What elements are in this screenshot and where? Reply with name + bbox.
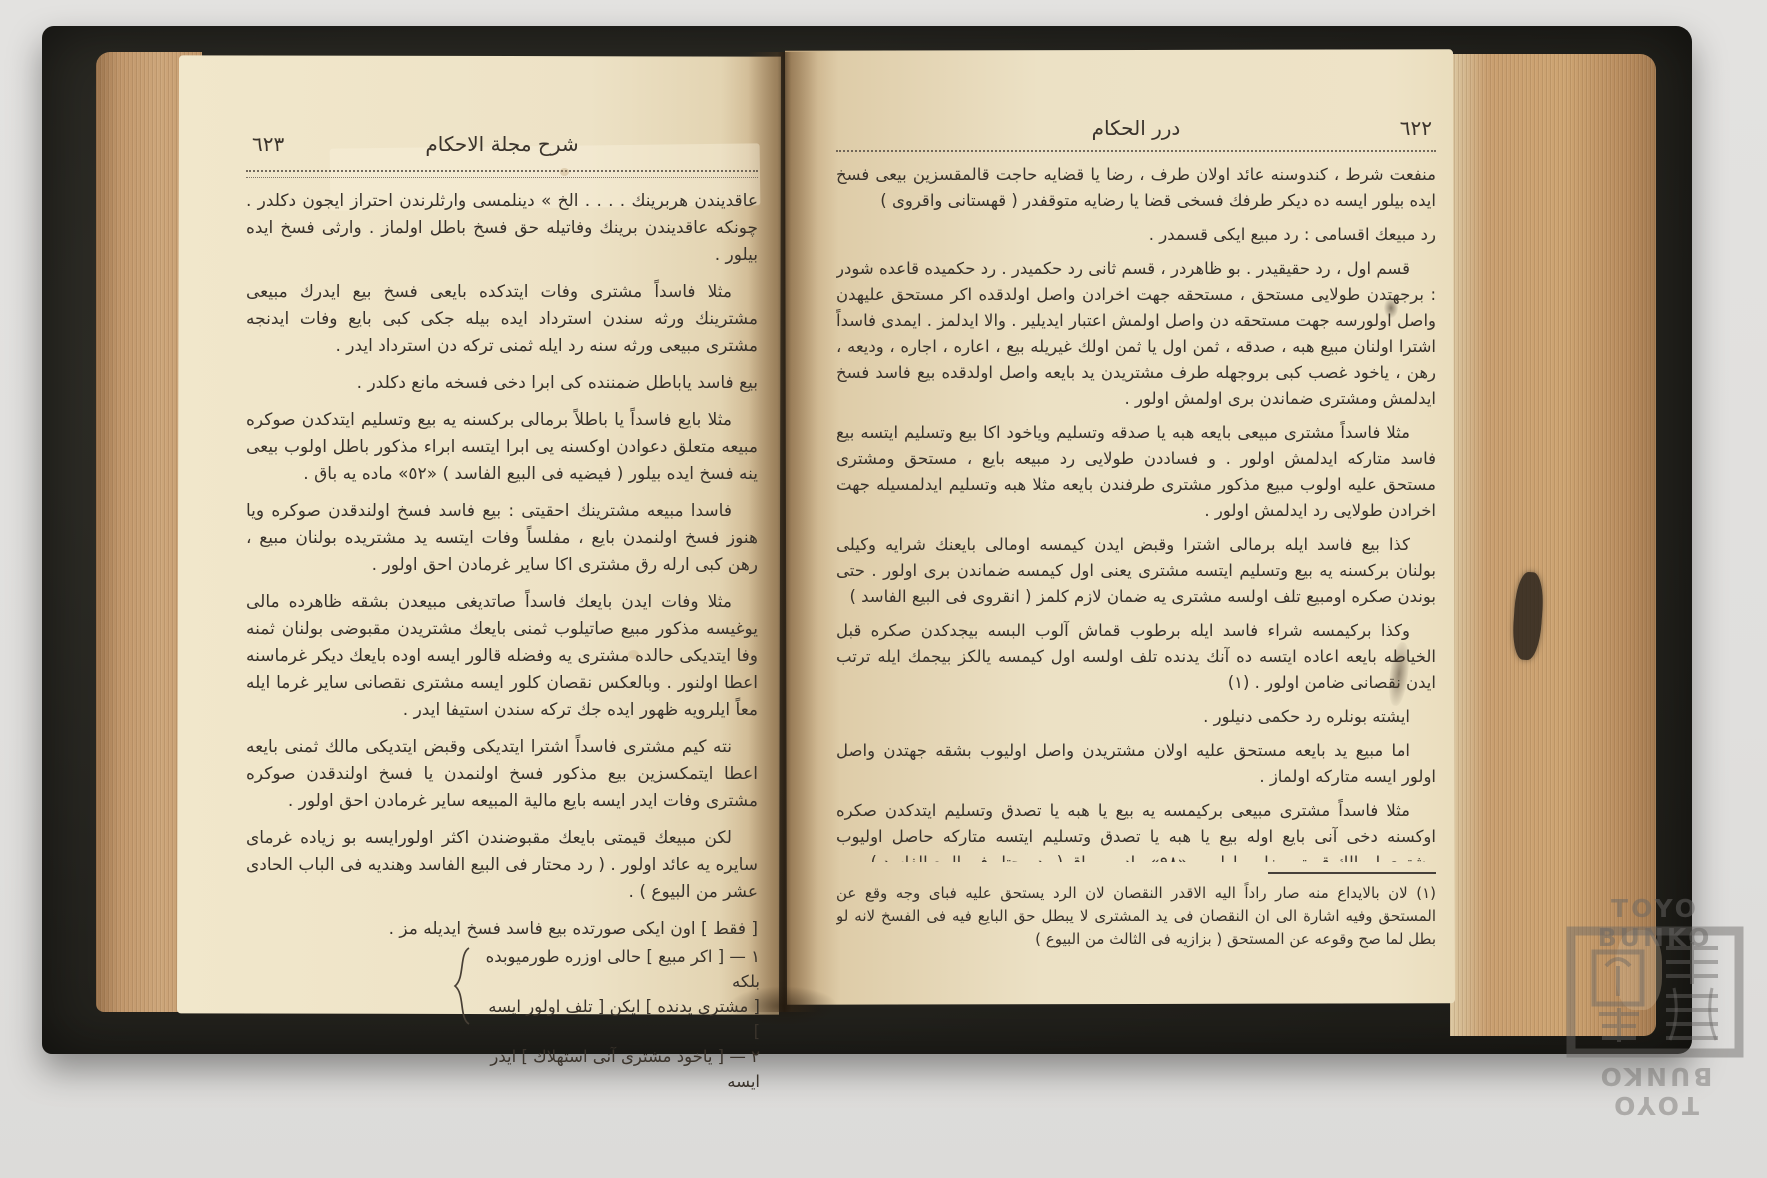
paragraph: [ مشترى يدنده ] ايكن [ تلف اولور ايسه ] [478, 994, 760, 1044]
left-page-text: عاقديندن هربرينك . . . . الخ » دينلمسى و… [246, 188, 758, 940]
paragraph: فاسدا مبيعه مشترينك احقيتى : بيع فاسد فس… [246, 498, 758, 579]
left-page-number: ٦٢٣ [252, 132, 284, 156]
right-fore-edge [1450, 54, 1656, 1036]
left-header-rule [246, 170, 758, 178]
left-page-title: شرح مجلة الاحكام [425, 132, 578, 156]
paragraph: مثلا فاسداً مشترى مبيعى بركيمسه يه بيع ي… [836, 798, 1436, 862]
paragraph: مثلا فاسداً مشترى مبيعى بايعه هبه يا صدق… [836, 420, 1436, 524]
list-brace-icon [452, 946, 472, 1033]
stain-spot [1384, 298, 1398, 318]
right-page-title: درر الحكام [1092, 116, 1181, 140]
footnote-rule [1268, 872, 1436, 874]
book-photo: ٦٢٣ شرح مجلة الاحكام عاقديندن هربرينك . … [0, 0, 1767, 1178]
paragraph: كذا بيع فاسد ايله برمالى اشترا وقبض ايدن… [836, 532, 1436, 610]
left-page-numbered-list: ١ — [ اكر مبيع ] حالى اوزره طورميوبده بل… [478, 944, 760, 1094]
paragraph: مثلا وفات ايدن بايعك فاسداً صاتديغى مبيع… [246, 589, 758, 724]
paragraph: وكذا بركيمسه شراء فاسد ايله برطوب قماش آ… [836, 618, 1436, 696]
paragraph: لكن مبيعك قيمتى بايعك مقبوضندن اكثر اولو… [246, 825, 758, 906]
left-page-header: ٦٢٣ شرح مجلة الاحكام [246, 132, 758, 162]
list-lines: ١ — [ اكر مبيع ] حالى اوزره طورميوبده بل… [478, 944, 760, 1094]
right-page-header: درر الحكام ٦٢٢ [836, 116, 1436, 146]
paragraph: ايشته بونلره رد حكمى دنيلور . [836, 704, 1436, 730]
paragraph: ١ — [ اكر مبيع ] حالى اوزره طورميوبده بل… [478, 944, 760, 994]
paragraph: منفعت شرط ، كندوسنه عائد اولان طرف ، رضا… [836, 162, 1436, 214]
paragraph: رد مبيعك اقسامى : رد مبيع ايكى قسمدر . [836, 222, 1436, 248]
right-page-text: منفعت شرط ، كندوسنه عائد اولان طرف ، رضا… [836, 162, 1436, 862]
paragraph: اما مبيع يد بايعه مستحق عليه اولان مشتري… [836, 738, 1436, 790]
right-page-number: ٦٢٢ [1400, 116, 1432, 140]
paragraph: ٢ — [ ياخود مشترى آنى استهلاك ] ايدر ايس… [478, 1044, 760, 1094]
right-header-rule [836, 150, 1436, 152]
paragraph: عاقديندن هربرينك . . . . الخ » دينلمسى و… [246, 188, 758, 269]
paragraph: بيع فاسد ياباطل ضمننده كى ابرا دخى فسخه … [246, 370, 758, 397]
paragraph: قسم اول ، رد حقيقيدر . بو ظاهردر ، قسم ث… [836, 256, 1436, 412]
watermark-text-bottom: TOYO BUNKO [1560, 1062, 1750, 1120]
paragraph: مثلا فاسداً مشترى وفات ايتدكده بايعى فسخ… [246, 279, 758, 360]
paragraph: [ فقط ] اون ايكى صورتده بيع فاسد فسخ ايد… [246, 916, 758, 940]
foxing-spot [628, 650, 639, 659]
footnote-text: (١) لان بالايداع منه صار راداً اليه الاق… [836, 882, 1436, 994]
foxing-spot [560, 168, 569, 176]
paragraph: مثلا بايع فاسداً يا باطلاً برمالى بركسنه… [246, 407, 758, 488]
paragraph: نته كيم مشترى فاسداً اشترا ايتديكى وقبض … [246, 734, 758, 815]
watermark-seal-icon [1566, 926, 1744, 1058]
